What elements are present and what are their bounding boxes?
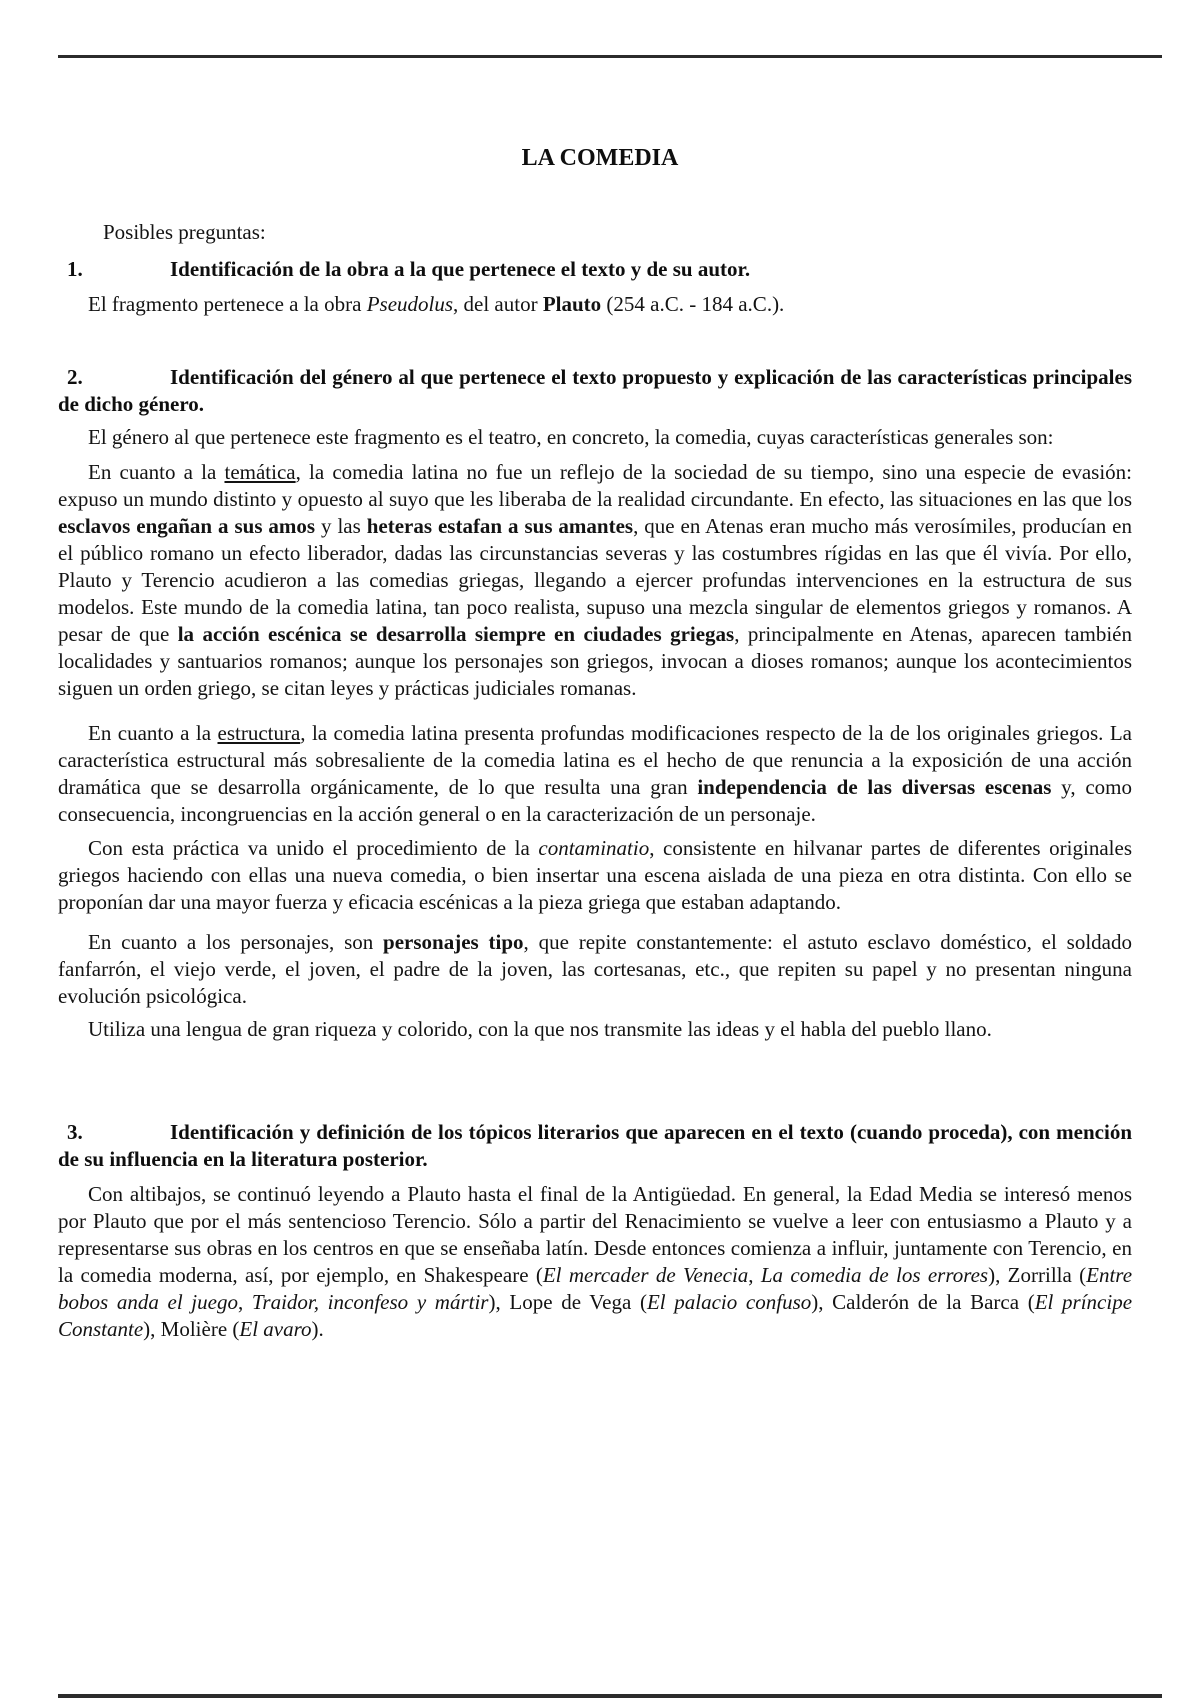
section-1-number: 1.: [58, 256, 170, 283]
text-segment: El palacio confuso: [647, 1290, 811, 1314]
text-segment: la acción escénica se desarrolla siempre…: [178, 622, 735, 646]
text-segment: , del autor: [453, 292, 543, 316]
bottom-rule: [58, 1694, 1162, 1698]
text-segment: independencia de las diversas escenas: [697, 775, 1051, 799]
text-segment: ,: [748, 1263, 761, 1287]
text-segment: esclavos engañan a sus amos: [58, 514, 315, 538]
section-2-number: 2.: [58, 364, 170, 391]
text-segment: ), Molière (: [143, 1317, 239, 1341]
section-2-paragraph-2: En cuanto a la temática, la comedia lati…: [58, 459, 1132, 702]
section-2-paragraph-4: Con esta práctica va unido el procedimie…: [58, 835, 1132, 916]
text-segment: ).: [312, 1317, 324, 1341]
text-segment: Pseudolus: [367, 292, 453, 316]
text-segment: En cuanto a la: [88, 460, 224, 484]
section-2-paragraph-3: En cuanto a la estructura, la comedia la…: [58, 720, 1132, 828]
text-segment: ), Lope de Vega (: [488, 1290, 646, 1314]
intro-line: Posibles preguntas:: [58, 219, 1132, 246]
text-segment: Traidor, inconfeso y mártir: [252, 1290, 489, 1314]
text-segment: personajes tipo: [383, 930, 523, 954]
text-segment: (254 a.C. - 184 a.C.).: [601, 292, 784, 316]
document-page: LA COMEDIA Posibles preguntas: 1.Identif…: [0, 0, 1200, 1700]
section-2-paragraph-6: Utiliza una lengua de gran riqueza y col…: [58, 1016, 1132, 1043]
text-segment: En cuanto a los personajes, son: [88, 930, 383, 954]
text-segment: estructura: [218, 721, 301, 745]
text-segment: ,: [238, 1290, 252, 1314]
text-segment: El mercader de Venecia: [543, 1263, 748, 1287]
document-title: LA COMEDIA: [0, 0, 1200, 173]
top-rule: [58, 55, 1162, 58]
section-3-paragraph-1: Con altibajos, se continuó leyendo a Pla…: [58, 1181, 1132, 1343]
text-segment: y las: [315, 514, 367, 538]
section-3-heading-text: Identificación y definición de los tópic…: [58, 1120, 1132, 1171]
section-1-heading-text: Identificación de la obra a la que perte…: [170, 257, 750, 281]
text-segment: Plauto: [543, 292, 601, 316]
section-1-paragraph-1: El fragmento pertenece a la obra Pseudol…: [58, 291, 1132, 318]
text-segment: Utiliza una lengua de gran riqueza y col…: [88, 1017, 992, 1041]
text-segment: contaminatio: [538, 836, 649, 860]
text-segment: ), Calderón de la Barca (: [811, 1290, 1034, 1314]
text-segment: En cuanto a la: [88, 721, 218, 745]
text-segment: ), Zorrilla (: [988, 1263, 1086, 1287]
text-segment: La comedia de los errores: [761, 1263, 988, 1287]
section-2-paragraph-1: El género al que pertenece este fragment…: [58, 424, 1132, 451]
section-3-number: 3.: [58, 1119, 170, 1146]
text-segment: El género al que pertenece este fragment…: [88, 425, 1054, 449]
section-2-heading-text: Identificación del género al que pertene…: [58, 365, 1132, 416]
section-1-heading: 1.Identificación de la obra a la que per…: [58, 256, 1132, 283]
text-segment: El avaro: [239, 1317, 311, 1341]
text-segment: heteras estafan a sus amantes: [367, 514, 633, 538]
text-segment: Con esta práctica va unido el procedimie…: [88, 836, 538, 860]
text-segment: temática: [224, 460, 295, 484]
section-2-heading: 2.Identificación del género al que perte…: [58, 364, 1132, 418]
section-3-heading: 3.Identificación y definición de los tóp…: [58, 1119, 1132, 1173]
section-2-paragraph-5: En cuanto a los personajes, son personaj…: [58, 929, 1132, 1010]
text-segment: El fragmento pertenece a la obra: [88, 292, 367, 316]
